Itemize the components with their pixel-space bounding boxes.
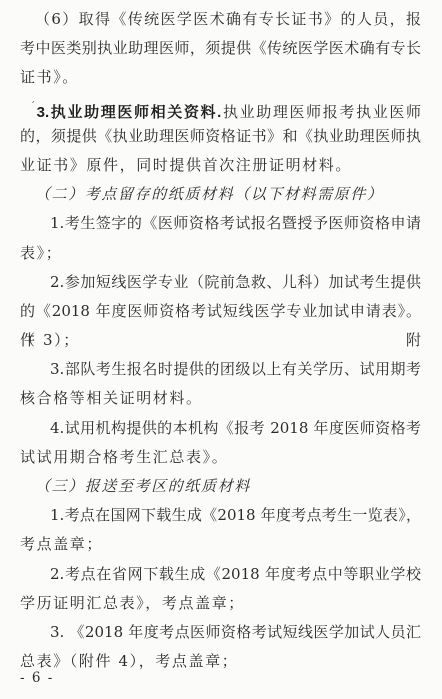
text-segment: 表》；: [20, 244, 62, 262]
subsection-heading-2: （二）考点留存的纸质材料（以下材料需原件）: [20, 180, 421, 209]
item-3-line: 3.部队考生报名时提供的团级以上有关学历、试用期考: [20, 355, 421, 384]
page-number: - 6 -: [20, 669, 54, 687]
item-3-line: 总表》（附件 4），考点盖章；: [20, 647, 421, 676]
bold-heading-text: 3.执业助理医师相关资料.: [37, 104, 222, 121]
text-segment: 执业助理医师报考执业医师: [221, 103, 421, 121]
text-segment: 核合格等相关证明材料。: [20, 389, 203, 407]
text-segment: 考点盖章；: [20, 535, 103, 553]
text-segment: 3.部队考生报名时提供的团级以上有关学历、试用期考: [50, 360, 421, 378]
text-segment: 的，须提供《执业助理医师资格证书》和《执业助理医师执: [20, 127, 421, 145]
scanned-document-page: { "colors": { "page_bg": "#fbfbf9", "tex…: [0, 0, 442, 699]
document-body: （6）取得《传统医学医术确有专长证书》的人员，报考中医类别执业助理医师，须提供《…: [0, 0, 442, 676]
item-1-line: 考点盖章；: [20, 530, 421, 559]
text-segment: （6）取得《传统医学医术确有专长证书》的人员，报: [35, 10, 421, 28]
text-segment: （二）考点留存的纸质材料（以下材料需原件）: [35, 185, 384, 203]
paragraph-6-line: 证书》。: [20, 63, 421, 92]
paragraph-6-line: 考中医类别执业助理医师，须提供《传统医学医术确有专长: [20, 34, 421, 63]
text-segment: 总表》（附件 4），考点盖章；: [20, 652, 238, 670]
text-segment: 件 3）；: [20, 331, 80, 349]
text-segment: 学历证明汇总表》，考点盖章；: [20, 594, 245, 612]
text-segment: 2.考点在省网下载生成《2018 年度考点中等职业学校: [50, 565, 421, 583]
text-segment: （三）报送至考区的纸质材料: [35, 477, 251, 495]
section-3-line: 业证书》原件，同时提供首次注册证明材料。: [20, 151, 421, 180]
text-segment: 考中医类别执业助理医师，须提供《传统医学医术确有专长: [20, 39, 421, 57]
text-segment: 1.考点在国网下载生成《2018 年度考点考生一览表》，: [50, 506, 421, 524]
item-4-line: 试试用期合格考生汇总表》。: [20, 443, 421, 472]
item-2-line: 2.考点在省网下载生成《2018 年度考点中等职业学校: [20, 560, 421, 589]
text-segment: 的《2018 年度医师资格考试短线医学专业加试申请表》。（附: [20, 302, 421, 349]
item-3-line: 3. 《2018 年度考点医师资格考试短线医学加试人员汇: [20, 618, 421, 647]
section-3-line: 的，须提供《执业助理医师资格证书》和《执业助理医师执: [20, 122, 421, 151]
text-segment: 业证书》原件，同时提供首次注册证明材料。: [20, 156, 352, 174]
subsection-heading-3: （三）报送至考区的纸质材料: [20, 472, 421, 501]
item-4-line: 4.试用机构提供的本机构《报考 2018 年度医师资格考: [20, 414, 421, 443]
text-segment: 1.考生签字的《医师资格考试报名暨授予医师资格申请: [50, 214, 421, 232]
item-1-line: 1.考生签字的《医师资格考试报名暨授予医师资格申请: [20, 209, 421, 238]
text-segment: 2.参加短线医学专业（院前急救、儿科）加试考生提供: [50, 273, 421, 291]
section-heading-3: ˊ3.执业助理医师相关资料.执业助理医师报考执业医师: [20, 93, 421, 122]
text-segment: 3. 《2018 年度考点医师资格考试短线医学加试人员汇: [50, 623, 421, 641]
item-3-line: 核合格等相关证明材料。: [20, 384, 421, 413]
item-2-line: 2.参加短线医学专业（院前急救、儿科）加试考生提供: [20, 268, 421, 297]
paragraph-6-line: （6）取得《传统医学医术确有专长证书》的人员，报: [20, 5, 421, 34]
item-1-line: 表》；: [20, 239, 421, 268]
text-segment: 试试用期合格考生汇总表》。: [20, 448, 228, 466]
item-2-line: 学历证明汇总表》，考点盖章；: [20, 589, 421, 618]
text-segment: 4.试用机构提供的本机构《报考 2018 年度医师资格考: [50, 419, 421, 437]
text-segment: 证书》。: [20, 68, 79, 86]
item-2-line: 的《2018 年度医师资格考试短线医学专业加试申请表》。（附: [20, 297, 421, 326]
item-1-line: 1.考点在国网下载生成《2018 年度考点考生一览表》，: [20, 501, 421, 530]
